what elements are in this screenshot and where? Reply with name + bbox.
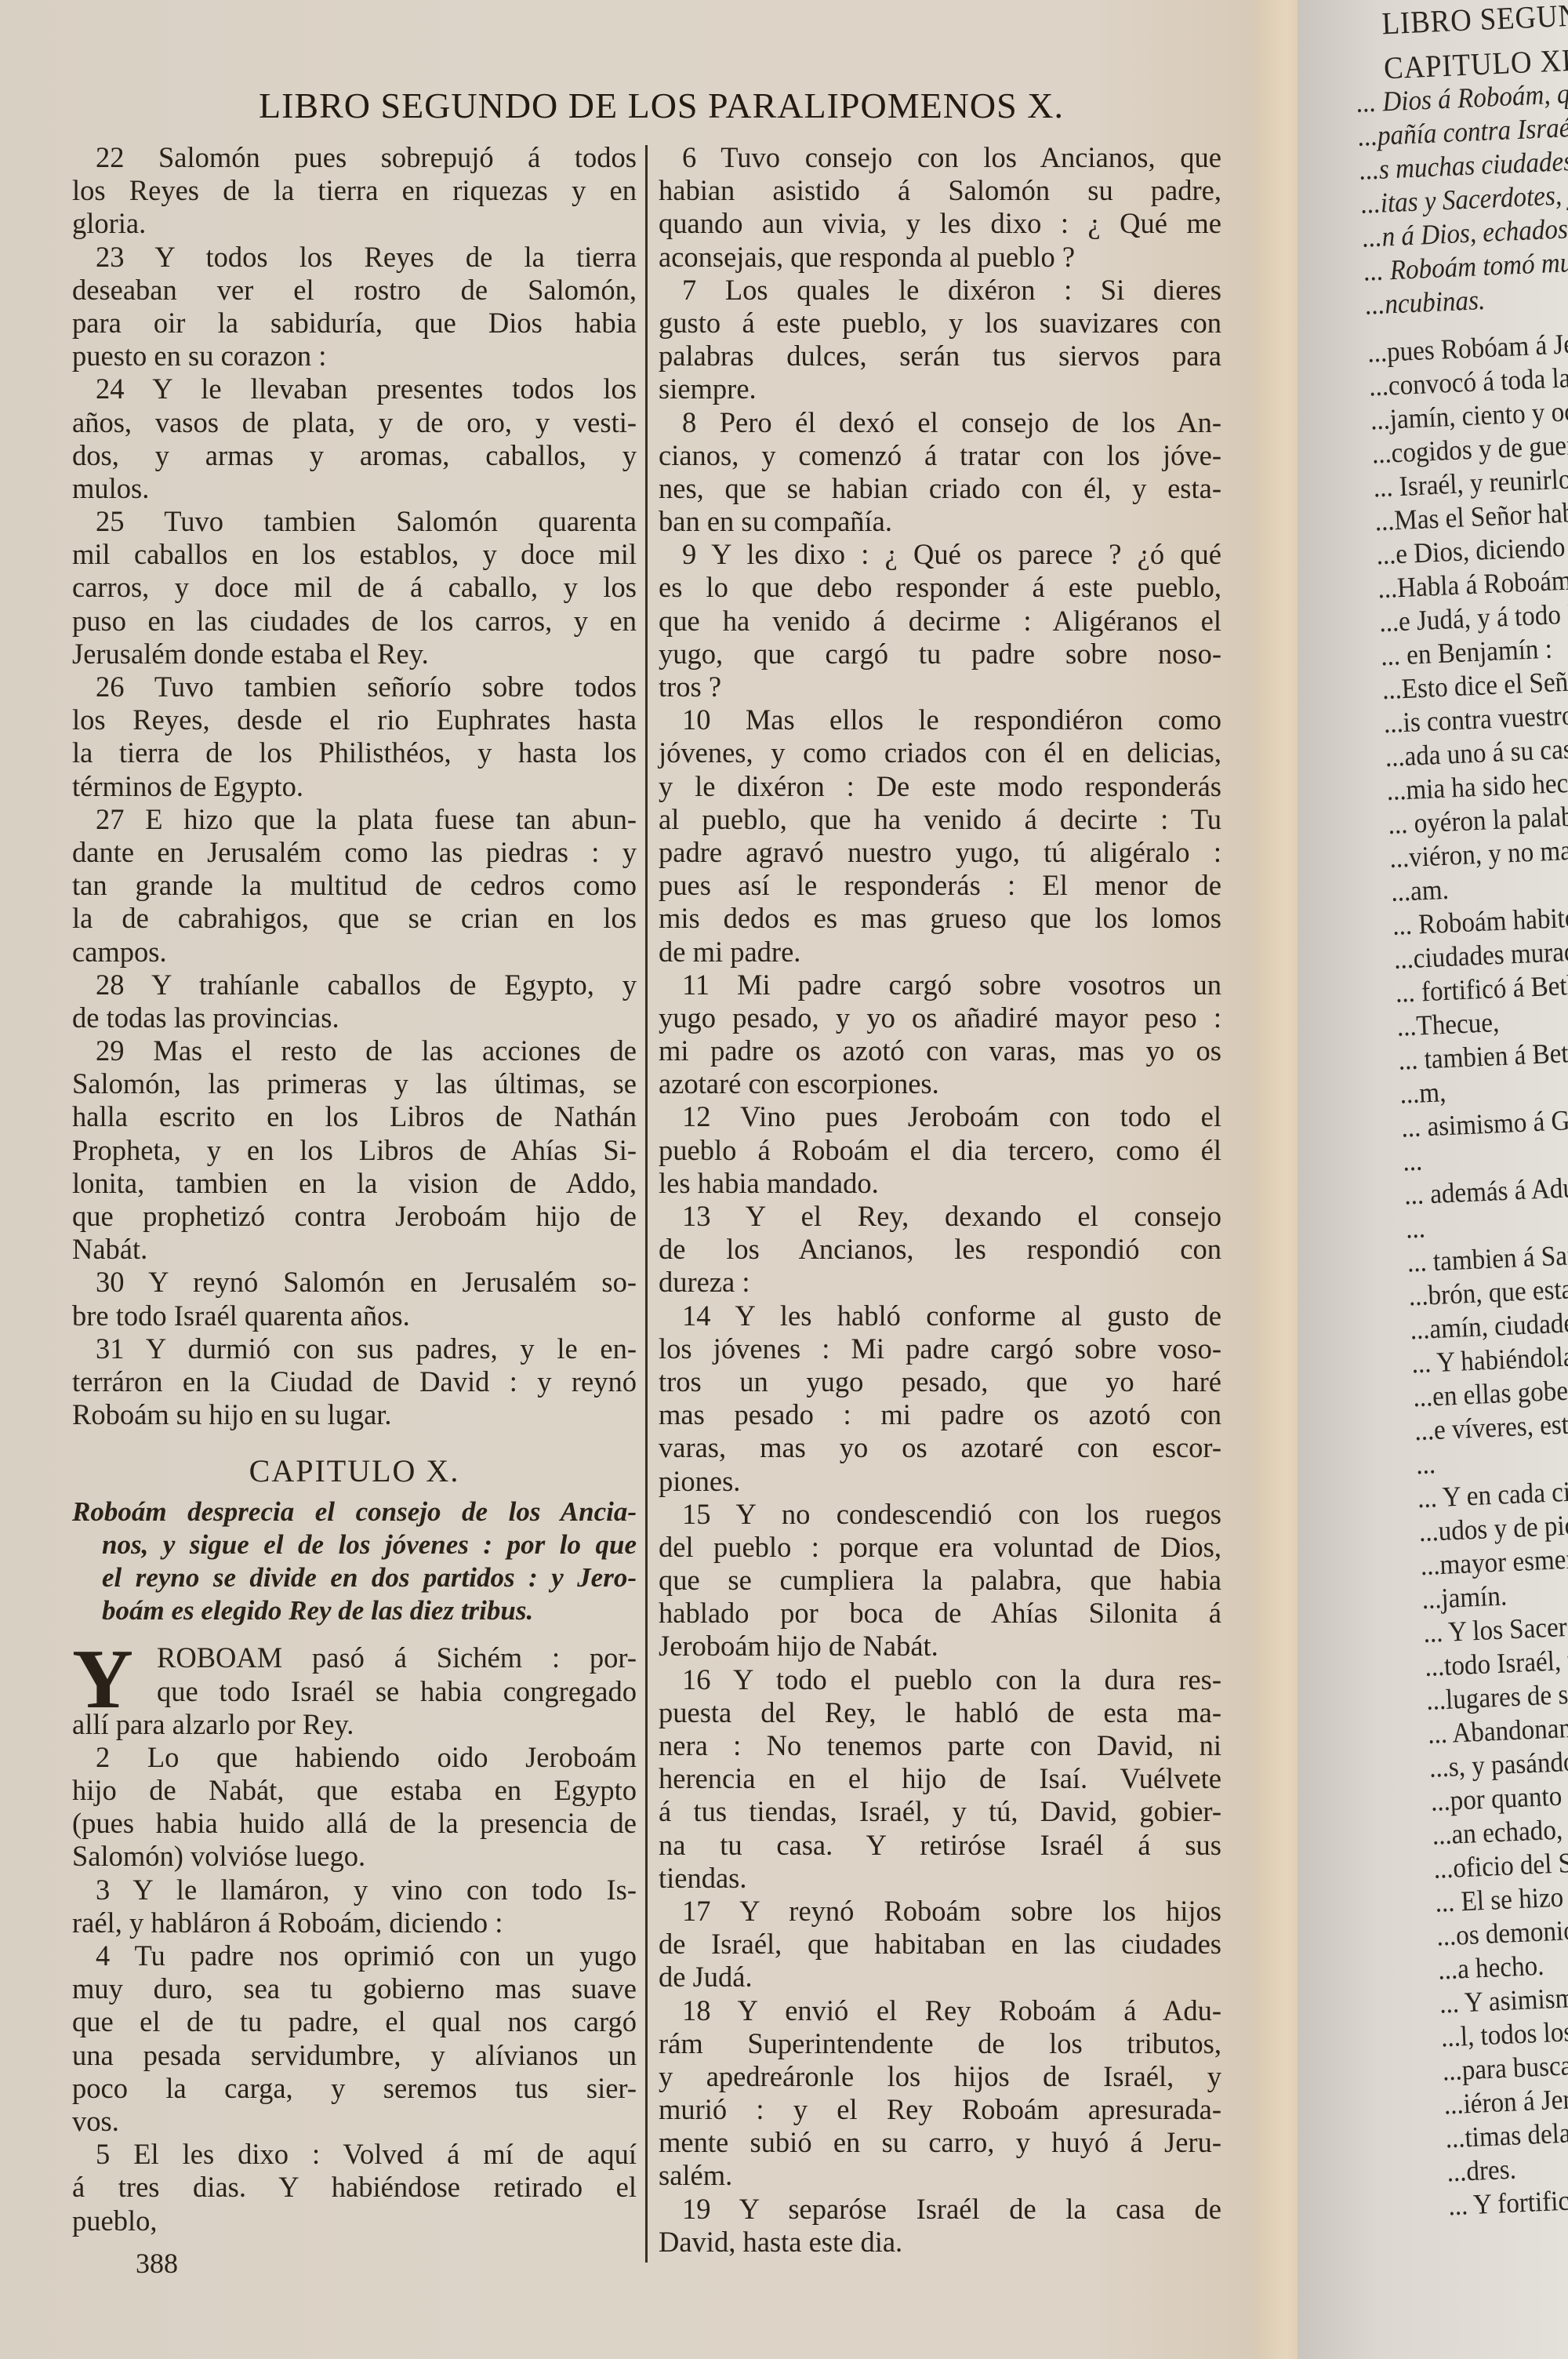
- verses-before-chapter: 22 Salomón pues sobrepujó á todoslos Rey…: [72, 141, 637, 1431]
- text-line: 8 Pero él dexó el consejo de los An-: [659, 406, 1221, 439]
- text-line: que todo Israél se habia congregado: [72, 1675, 637, 1708]
- text-line: 12 Vino pues Jeroboám con todo el: [659, 1100, 1221, 1133]
- text-line: que el de tu padre, el qual nos cargó: [72, 2005, 637, 2038]
- text-line: allí para alzarlo por Rey.: [72, 1708, 637, 1741]
- text-line: poco la carga, y seremos tus sier-: [72, 2072, 637, 2105]
- text-line: de los Ancianos, les respondió con: [659, 1233, 1221, 1266]
- first-verse: Y ROBOAM pasó á Sichém : por- que todo I…: [72, 1641, 637, 1707]
- text-line: carros, y doce mil de á caballo, y los: [72, 571, 637, 604]
- text-line: y apedreáronle los hijos de Israél, y: [659, 2060, 1221, 2093]
- text-line: para oir la sabiduría, que Dios habia: [72, 307, 637, 340]
- right-page-text: LIBRO SEGUNDO CAPITULO XI. ... Dios á Ro…: [1352, 0, 1568, 2223]
- text-line: siempre.: [659, 373, 1221, 405]
- summary-line: nos, y sigue el de los jóvenes : por lo …: [72, 1528, 637, 1561]
- text-line: de mi padre.: [659, 936, 1221, 969]
- left-page: LIBRO SEGUNDO DE LOS PARALIPOMENOS X. 22…: [0, 0, 1286, 2359]
- text-line: á tus tiendas, Israél, y tú, David, gobi…: [659, 1795, 1221, 1828]
- text-line: Propheta, y en los Libros de Ahías Si-: [72, 1134, 637, 1167]
- text-line: 22 Salomón pues sobrepujó á todos: [72, 141, 637, 174]
- text-line: hablado por boca de Ahías Silonita á: [659, 1597, 1221, 1630]
- text-line: hijo de Nabát, que estaba en Egypto: [72, 1774, 637, 1807]
- text-line: yugo, que cargó tu padre sobre noso-: [659, 638, 1221, 671]
- text-line: puesto en su corazon :: [72, 340, 637, 373]
- text-line: les habia mandado.: [659, 1167, 1221, 1200]
- text-line: 27 E hizo que la plata fuese tan abun-: [72, 803, 637, 836]
- text-line: bre todo Israél quarenta años.: [72, 1299, 637, 1332]
- text-line: terráron en la Ciudad de David : y reynó: [72, 1365, 637, 1398]
- text-line: jóvenes, y como criados con él en delici…: [659, 736, 1221, 769]
- text-line: á tres dias. Y habiéndose retirado el: [72, 2171, 637, 2204]
- text-line: 4 Tu padre nos oprimió con un yugo: [72, 1939, 637, 1972]
- text-line: tan grande la multitud de cedros como: [72, 869, 637, 902]
- text-line: del pueblo : porque era voluntad de Dios…: [659, 1531, 1221, 1564]
- text-line: pueblo á Roboám el dia tercero, como él: [659, 1134, 1221, 1167]
- text-line: 18 Y envió el Rey Roboám á Adu-: [659, 1994, 1221, 2027]
- text-line: dante en Jerusalém como las piedras : y: [72, 836, 637, 869]
- text-line: 17 Y reynó Roboám sobre los hijos: [659, 1895, 1221, 1928]
- text-line: 19 Y separóse Israél de la casa de: [659, 2193, 1221, 2226]
- text-line: los jóvenes : Mi padre cargó sobre voso-: [659, 1332, 1221, 1365]
- page-number: 388: [136, 2247, 178, 2280]
- text-line: términos de Egypto.: [72, 770, 637, 803]
- text-line: 16 Y todo el pueblo con la dura res-: [659, 1663, 1221, 1696]
- right-chapter-summary: ... Dios á Roboám, que no sa......pañía …: [1356, 67, 1568, 322]
- text-line: años, vasos de plata, y de oro, y vesti-: [72, 406, 637, 439]
- text-line: Salomón, las primeras y las últimas, se: [72, 1067, 637, 1100]
- chapter-title: CAPITULO X.: [72, 1455, 637, 1489]
- text-line: 29 Mas el resto de las acciones de: [72, 1034, 637, 1067]
- text-line: muy duro, sea tu gobierno mas suave: [72, 1972, 637, 2005]
- text-line: mi padre os azotó con varas, mas yo os: [659, 1034, 1221, 1067]
- text-line: de Israél, que habitaban en las ciudades: [659, 1928, 1221, 1961]
- text-line: habian asistido á Salomón su padre,: [659, 174, 1221, 207]
- text-line: 28 Y trahíanle caballos de Egypto, y: [72, 969, 637, 1001]
- text-line: murió : y el Rey Roboám apresurada-: [659, 2093, 1221, 2126]
- text-line: rám Superintendente de los tributos,: [659, 2027, 1221, 2060]
- text-line: 9 Y les dixo : ¿ Qué os parece ? ¿ó qué: [659, 538, 1221, 571]
- text-line: 3 Y le llamáron, y vino con todo Is-: [72, 1874, 637, 1906]
- text-line: que se cumpliera la palabra, que habia: [659, 1564, 1221, 1597]
- text-line: 10 Mas ellos le respondiéron como: [659, 703, 1221, 736]
- text-line: 26 Tuvo tambien señorío sobre todos: [72, 671, 637, 703]
- text-line: pues así le responderás : El menor de: [659, 869, 1221, 902]
- text-line: palabras dulces, serán tus siervos para: [659, 340, 1221, 373]
- text-line: 30 Y reynó Salomón en Jerusalém so-: [72, 1266, 637, 1299]
- text-line: puesta del Rey, le habló de esta ma-: [659, 1696, 1221, 1729]
- text-line: al pueblo, que ha venido á decirte : Tu: [659, 803, 1221, 836]
- text-line: mulos.: [72, 472, 637, 505]
- text-line: Nabát.: [72, 1233, 637, 1266]
- text-line: 5 El les dixo : Volved á mí de aquí: [72, 2138, 637, 2171]
- text-line: Roboám su hijo en su lugar.: [72, 1398, 637, 1431]
- text-line: nera : No tenemos parte con David, ni: [659, 1729, 1221, 1762]
- text-line: los Reyes de la tierra en riquezas y en: [72, 174, 637, 207]
- text-line: una pesada servidumbre, y alívianos un: [72, 2039, 637, 2072]
- text-line: dureza :: [659, 1266, 1221, 1299]
- text-line: es lo que debo responder á este pueblo,: [659, 571, 1221, 604]
- summary-line: Roboám desprecia el consejo de los Ancia…: [72, 1496, 637, 1528]
- text-line: nes, que se habian criado con él, y esta…: [659, 472, 1221, 505]
- text-line: puso en las ciudades de los carros, y en: [72, 605, 637, 638]
- text-line: tros un yugo pesado, que yo haré: [659, 1365, 1221, 1398]
- text-line: de todas las provincias.: [72, 1001, 637, 1034]
- text-line: tiendas.: [659, 1862, 1221, 1895]
- text-line: 14 Y les habló conforme al gusto de: [659, 1299, 1221, 1332]
- text-line: halla escrito en los Libros de Nathán: [72, 1100, 637, 1133]
- text-line: varas, mas yo os azotaré con escor-: [659, 1431, 1221, 1464]
- text-line: piones.: [659, 1465, 1221, 1498]
- drop-cap: Y: [72, 1645, 133, 1715]
- verses-after-chapter: allí para alzarlo por Rey.2 Lo que habie…: [72, 1708, 637, 2237]
- text-line: 24 Y le llevaban presentes todos los: [72, 373, 637, 405]
- text-line: de Judá.: [659, 1961, 1221, 1994]
- text-line: vos.: [72, 2105, 637, 2138]
- text-line: David, hasta este dia.: [659, 2226, 1221, 2259]
- text-line: la tierra de los Philisthéos, y hasta lo…: [72, 736, 637, 769]
- text-line: la de cabrahigos, que se crian en los: [72, 902, 637, 935]
- text-line: (pues habia huido allá de la presencia d…: [72, 1807, 637, 1840]
- chapter-summary: Roboám desprecia el consejo de los Ancia…: [72, 1496, 637, 1627]
- text-line: Jerusalém donde estaba el Rey.: [72, 638, 637, 671]
- text-line: dos, y armas y aromas, caballos, y: [72, 439, 637, 472]
- text-line: mis dedos es mas grueso que los lomos: [659, 902, 1221, 935]
- text-line: pueblo,: [72, 2205, 637, 2237]
- summary-line: boám es elegido Rey de las diez tribus.: [72, 1594, 637, 1627]
- text-line: 11 Mi padre cargó sobre vosotros un: [659, 969, 1221, 1001]
- text-line: cianos, y comenzó á tratar con los jóve-: [659, 439, 1221, 472]
- text-line: yugo pesado, y yo os añadiré mayor peso …: [659, 1001, 1221, 1034]
- text-line: tros ?: [659, 671, 1221, 703]
- right-page-body: ...pues Robóam á Jerusalé......convocó á…: [1367, 318, 1568, 2223]
- text-line: mas pesado : mi padre os azotó con: [659, 1398, 1221, 1431]
- text-line: 13 Y el Rey, dexando el consejo: [659, 1200, 1221, 1233]
- text-line: 6 Tuvo consejo con los Ancianos, que: [659, 141, 1221, 174]
- right-running-head: LIBRO SEGUNDO: [1352, 0, 1568, 42]
- text-line: los Reyes, desde el rio Euphrates hasta: [72, 703, 637, 736]
- summary-line: el reyno se divide en dos partidos : y J…: [72, 1561, 637, 1594]
- text-line: padre agravó nuestro yugo, tú aligéralo …: [659, 836, 1221, 869]
- text-line: aconsejais, que responda al pueblo ?: [659, 241, 1221, 274]
- text-line: 25 Tuvo tambien Salomón quarenta: [72, 505, 637, 538]
- right-column: 6 Tuvo consejo con los Ancianos, quehabi…: [659, 141, 1221, 2259]
- text-line: gloria.: [72, 207, 637, 240]
- text-line: 7 Los quales le dixéron : Si dieres: [659, 274, 1221, 307]
- text-line: Salomón) volvióse luego.: [72, 1840, 637, 1873]
- text-line: y le dixéron : De este modo responderás: [659, 770, 1221, 803]
- text-line: salém.: [659, 2159, 1221, 2192]
- running-head: LIBRO SEGUNDO DE LOS PARALIPOMENOS X.: [259, 85, 1064, 126]
- text-line: deseaban ver el rostro de Salomón,: [72, 274, 637, 307]
- text-line: raél, y habláron á Roboám, diciendo :: [72, 1906, 637, 1939]
- text-line: que prophetizó contra Jeroboám hijo de: [72, 1200, 637, 1233]
- text-line: herencia en el hijo de Isaí. Vuélvete: [659, 1762, 1221, 1795]
- column-divider-rule: [645, 145, 648, 2263]
- right-page-partial: LIBRO SEGUNDO CAPITULO XI. ... Dios á Ro…: [1298, 0, 1568, 2359]
- text-line: lonita, tambien en la vision de Addo,: [72, 1167, 637, 1200]
- text-line: quando aun vivia, y les dixo : ¿ Qué me: [659, 207, 1221, 240]
- text-line: 31 Y durmió con sus padres, y le en-: [72, 1332, 637, 1365]
- text-line: 2 Lo que habiendo oido Jeroboám: [72, 1741, 637, 1774]
- text-line: mente subió en su carro, y huyó á Jeru-: [659, 2126, 1221, 2159]
- text-line: Jeroboám hijo de Nabát.: [659, 1630, 1221, 1663]
- text-line: mil caballos en los establos, y doce mil: [72, 538, 637, 571]
- text-line: 15 Y no condescendió con los ruegos: [659, 1498, 1221, 1531]
- text-line: campos.: [72, 936, 637, 969]
- left-column: 22 Salomón pues sobrepujó á todoslos Rey…: [72, 141, 637, 2237]
- text-line: gusto á este pueblo, y los suavizares co…: [659, 307, 1221, 340]
- text-line: que ha venido á decirme : Aligéranos el: [659, 605, 1221, 638]
- text-line: azotaré con escorpiones.: [659, 1067, 1221, 1100]
- text-line: ROBOAM pasó á Sichém : por-: [72, 1641, 637, 1674]
- text-line: 23 Y todos los Reyes de la tierra: [72, 241, 637, 274]
- text-line: na tu casa. Y retiróse Israél á sus: [659, 1829, 1221, 1862]
- text-line: ban en su compañía.: [659, 505, 1221, 538]
